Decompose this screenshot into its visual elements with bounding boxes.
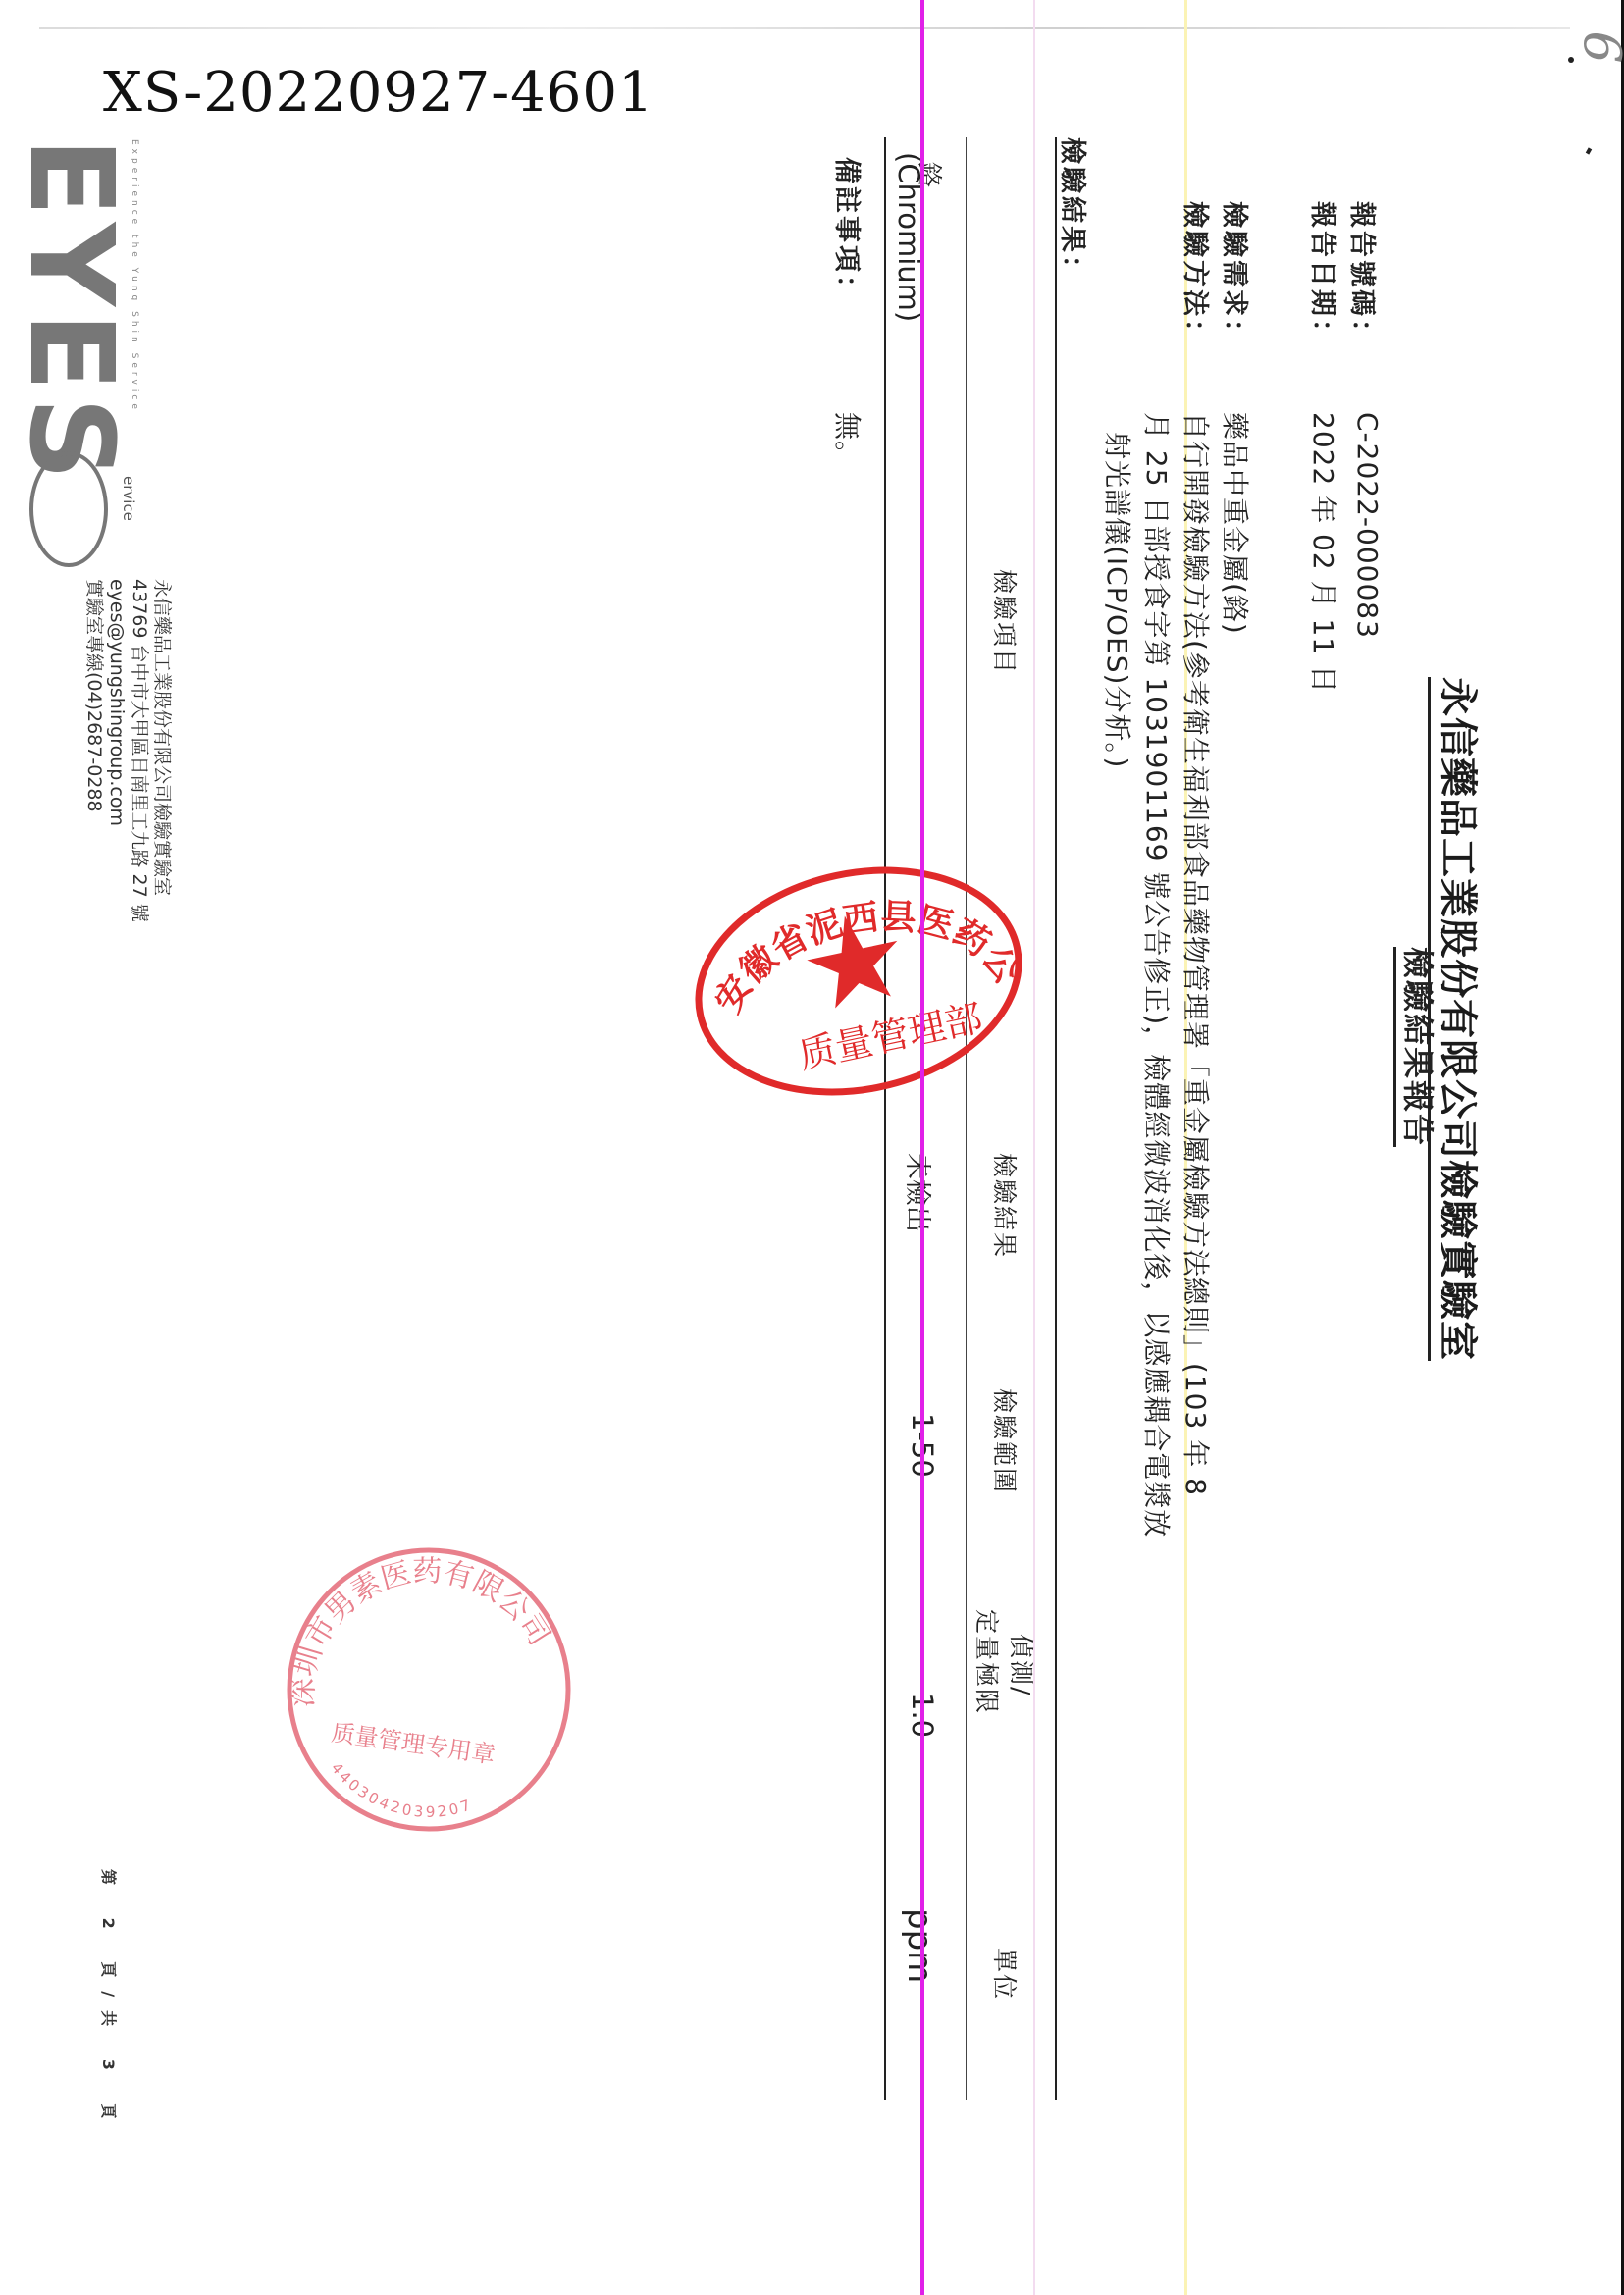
col-header-item: 檢驗項目 bbox=[988, 569, 1023, 675]
method-line-1: 自行開發檢驗方法(參考衛生福利部食品藥物管理署「重金屬檢驗方法總則」(103 年… bbox=[1178, 412, 1217, 1496]
report-date-value: 2022 年 02 月 11 日 bbox=[1305, 412, 1344, 694]
col-header-result: 檢驗結果 bbox=[988, 1153, 1023, 1259]
method-line-3: 射光譜儀(ICP/OES)分析。) bbox=[1099, 432, 1138, 768]
col-header-limit-2: 定量極限 bbox=[970, 1609, 1006, 1715]
table-header-rule bbox=[966, 137, 967, 2100]
col-header-limit-1: 偵測/ bbox=[1005, 1634, 1040, 1696]
logo-service-text: ervice bbox=[120, 476, 137, 521]
report-no-value: C-2022-000083 bbox=[1351, 412, 1384, 639]
address-line-2: 43769 台中市大甲區日南里工九路 27 號 bbox=[129, 579, 149, 922]
address-phone: 實驗室專線(04)2687-0288 bbox=[83, 579, 104, 812]
remarks-value: 無。 bbox=[829, 412, 868, 469]
results-label: 檢驗結果： bbox=[1056, 137, 1094, 285]
requirement-value: 藥品中重金屬(鉻) bbox=[1217, 412, 1256, 635]
eyes-logo: Experience the Yung Shin Service EYES er… bbox=[0, 137, 147, 579]
logo-wordmark: EYES bbox=[14, 137, 130, 487]
address-email: eyes@yungshingroup.com bbox=[106, 579, 127, 826]
col-header-range: 檢驗範圍 bbox=[988, 1388, 1023, 1494]
requirement-label: 檢驗需求： bbox=[1218, 201, 1256, 348]
remarks-label: 備註事項： bbox=[830, 157, 868, 304]
page-indicator: 第 2 頁/共 3 頁 bbox=[98, 1869, 121, 2132]
cell-unit: ppm bbox=[900, 1908, 939, 1983]
col-header-unit: 單位 bbox=[988, 1948, 1023, 2001]
method-line-2: 月 25 日部授食字第 1031901169 號公告修正)，檢體經微波消化後，以… bbox=[1138, 412, 1178, 1538]
rotated-report-page: 永信藥品工業股份有限公司檢驗實驗室 檢驗結果報告 報告號碼： C-2022-00… bbox=[0, 0, 1624, 2295]
report-date-label: 報告日期： bbox=[1306, 201, 1344, 348]
address-line-1: 永信藥品工業股份有限公司檢驗實驗室 bbox=[151, 579, 172, 896]
scan-artifact-line bbox=[920, 0, 924, 2295]
report-title: 檢驗結果報告 bbox=[1393, 947, 1442, 1147]
report-no-label: 報告號碼： bbox=[1345, 201, 1384, 348]
method-label: 檢驗方法： bbox=[1179, 201, 1217, 348]
table-top-rule bbox=[1055, 137, 1057, 2100]
table-bottom-rule bbox=[884, 137, 886, 2100]
logo-ring-icon bbox=[29, 451, 108, 567]
